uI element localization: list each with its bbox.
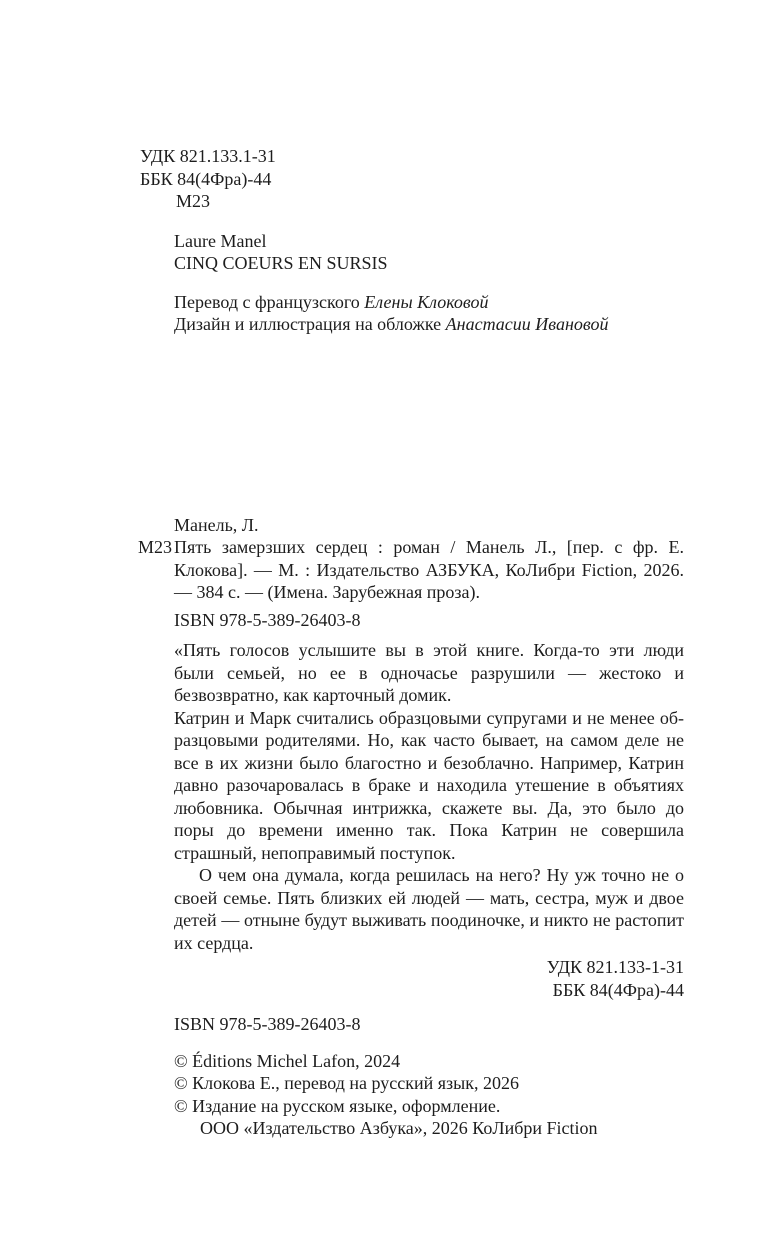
bottom-codes-block: УДК 821.133-1-31 ББК 84(4Фра)-44	[0, 956, 684, 1001]
annotation-paragraph-3: О чем она думала, когда решилась на него…	[174, 864, 684, 954]
udk-code-bottom: УДК 821.133-1-31	[0, 956, 684, 979]
catalog-entry-text: Пять замерзших сердец : роман / Манель Л…	[174, 536, 684, 604]
original-title: CINQ COEURS EN SURSIS	[174, 252, 684, 275]
copyright-original-publisher: © Éditions Michel Lafon, 2024	[174, 1050, 684, 1073]
credits-block: Перевод с французского Елены Клоковой Ди…	[174, 291, 684, 336]
design-credit-prefix: Дизайн и иллюстрация на обложке	[174, 314, 446, 334]
top-codes-block: УДК 821.133.1-31 ББК 84(4Фра)-44 М23	[140, 145, 768, 213]
author-sign-top: М23	[140, 190, 768, 213]
catalog-card-block: Манель, Л. М23 Пять замерзших сердец : р…	[138, 514, 684, 604]
annotation-paragraph-2: Катрин и Марк считались образцовыми супр…	[174, 707, 684, 865]
designer-name: Анастасии Ивановой	[446, 314, 609, 334]
copyright-translation: © Клокова Е., перевод на русский язык, 2…	[174, 1072, 684, 1095]
annotation-block: «Пять голосов услышите вы в этой книге. …	[174, 639, 684, 954]
book-imprint-page: УДК 821.133.1-31 ББК 84(4Фра)-44 М23 Lau…	[0, 0, 768, 1240]
author-sign-catalog: М23	[138, 536, 174, 604]
copyright-russian-edition: © Издание на русском языке, оформление.	[174, 1095, 684, 1118]
translation-credit: Перевод с французского Елены Клоковой	[174, 291, 684, 314]
translator-name: Елены Клоковой	[364, 292, 488, 312]
bbk-code-bottom: ББК 84(4Фра)-44	[0, 979, 684, 1002]
catalog-entry-row: М23 Пять замерзших сердец : роман / Мане…	[138, 536, 684, 604]
isbn-bottom: ISBN 978-5-389-26403-8	[174, 1013, 684, 1036]
copyright-block: © Éditions Michel Lafon, 2024 © Клокова …	[174, 1050, 684, 1140]
isbn-top: ISBN 978-5-389-26403-8	[174, 609, 684, 632]
copyright-publisher-company: ООО «Издательство Азбука», 2026 КоЛибри …	[174, 1117, 684, 1140]
translation-credit-prefix: Перевод с французского	[174, 292, 364, 312]
bbk-code-top: ББК 84(4Фра)-44	[140, 168, 768, 191]
original-author: Laure Manel	[174, 230, 684, 253]
design-credit: Дизайн и иллюстрация на обложке Анастаси…	[174, 313, 684, 336]
catalog-author-heading: Манель, Л.	[138, 514, 684, 537]
original-edition-block: Laure Manel CINQ COEURS EN SURSIS	[174, 230, 684, 275]
annotation-paragraph-1: «Пять голосов услышите вы в этой книге. …	[174, 639, 684, 707]
udk-code-top: УДК 821.133.1-31	[140, 145, 768, 168]
